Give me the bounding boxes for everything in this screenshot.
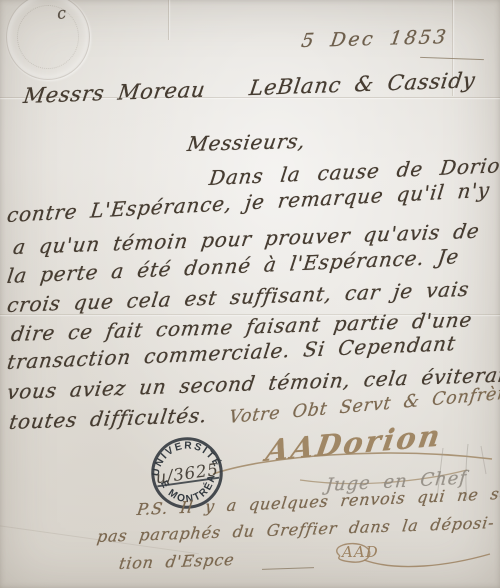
letter-scan: c 5 Dec 1853 Messrs Moreau LeBlanc & Cas… xyxy=(0,0,500,588)
recipient-gap xyxy=(204,78,251,101)
recipient-part1: Messrs Moreau xyxy=(22,80,207,107)
pencil-sketch-stroke xyxy=(481,446,486,474)
salutation: Messieurs, xyxy=(186,131,307,154)
recipient-part2: LeBlanc & Cassidy xyxy=(248,70,477,99)
recipient-line: Messrs Moreau LeBlanc & Cassidy xyxy=(22,70,477,107)
postscript-dash xyxy=(262,567,314,570)
signature: AADorion xyxy=(264,421,444,466)
postscript-line: pas paraphés du Greffier dans la déposi- xyxy=(96,515,496,545)
paper-crease xyxy=(168,0,169,40)
body-line: toutes difficultés. xyxy=(8,405,209,432)
postscript-initials-flourish: AAD xyxy=(318,538,498,586)
date-flourish-line xyxy=(420,57,484,61)
date-line: 5 Dec 1853 xyxy=(300,28,449,51)
copy-mark: c xyxy=(56,5,67,22)
embossed-seal xyxy=(6,0,90,80)
embossed-seal-inner xyxy=(17,5,79,69)
postscript-initials: AAD xyxy=(340,543,379,561)
postscript-line: tion d'Espce xyxy=(118,552,236,572)
